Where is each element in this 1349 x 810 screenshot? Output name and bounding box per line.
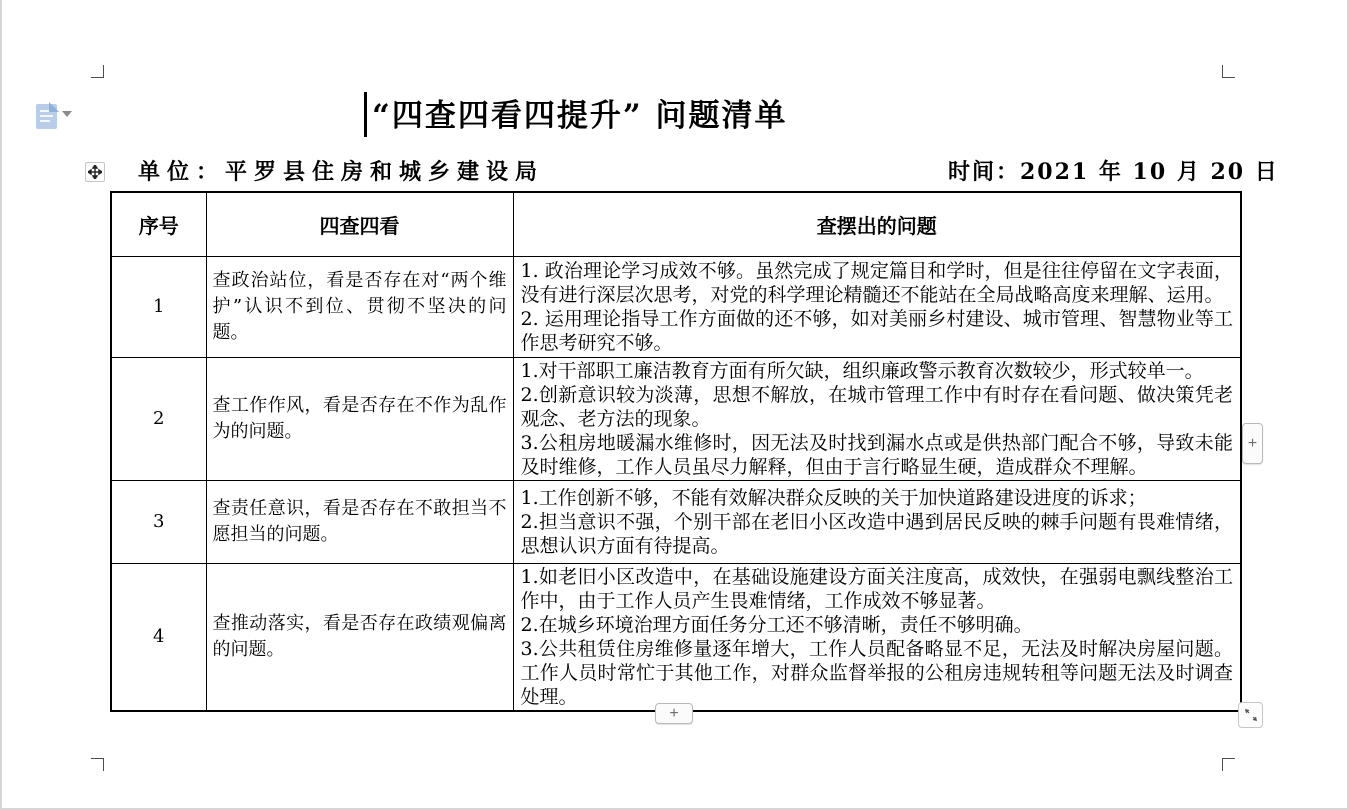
- table-row: 1 查政治站位，看是否存在对“两个维护”认识不到位、贯彻不坚决的问题。 1. 政…: [111, 256, 1241, 357]
- table-resize-handle[interactable]: [1238, 702, 1263, 728]
- row1-check[interactable]: 查政治站位，看是否存在对“两个维护”认识不到位、贯彻不坚决的问题。: [206, 256, 513, 357]
- paste-options-icon: [36, 104, 57, 129]
- paste-options-button[interactable]: [34, 102, 76, 130]
- diagonal-resize-icon: [1243, 707, 1259, 723]
- row3-no[interactable]: 3: [111, 480, 206, 563]
- canvas-left-edge: [0, 0, 2, 810]
- row4-no[interactable]: 4: [111, 563, 206, 711]
- unit-label[interactable]: 单位：平罗县住房和城乡建设局: [138, 155, 544, 186]
- margin-cropmark-bottom-right: [1222, 758, 1235, 771]
- table-header-row: 序号 四查四看 查摆出的问题: [111, 192, 1241, 256]
- chevron-down-icon: [62, 111, 72, 117]
- table-row: 2 查工作作风，看是否存在不作为乱作为的问题。 1.对干部职工廉洁教育方面有所欠…: [111, 357, 1241, 480]
- insert-column-button[interactable]: +: [1242, 423, 1263, 464]
- row1-no[interactable]: 1: [111, 256, 206, 357]
- text-cursor: [364, 92, 367, 137]
- word-editor-canvas: { "doc": { "title": "“四查四看四提升” 问题清单", "u…: [0, 0, 1349, 810]
- row1-problems[interactable]: 1. 政治理论学习成效不够。虽然完成了规定篇目和学时，但是往往停留在文字表面，没…: [513, 256, 1241, 357]
- row4-problems[interactable]: 1.如老旧小区改造中，在基础设施建设方面关注度高，成效快，在强弱电飘线整治工作中…: [513, 563, 1241, 711]
- header-no[interactable]: 序号: [111, 192, 206, 256]
- table-row: 4 查推动落实，看是否存在政绩观偏离的问题。 1.如老旧小区改造中，在基础设施建…: [111, 563, 1241, 711]
- date-label[interactable]: 时间：2021 年 10 月 20 日: [948, 155, 1279, 186]
- row2-check[interactable]: 查工作作风，看是否存在不作为乱作为的问题。: [206, 357, 513, 480]
- document-title[interactable]: “四查四看四提升” 问题清单: [372, 90, 787, 135]
- problems-table: 序号 四查四看 查摆出的问题 1 查政治站位，看是否存在对“两个维护”认识不到位…: [110, 191, 1242, 712]
- header-problems[interactable]: 查摆出的问题: [513, 192, 1241, 256]
- margin-cropmark-bottom-left: [91, 758, 104, 771]
- move-cross-icon: [88, 165, 102, 179]
- table-row: 3 查责任意识，看是否存在不敢担当不愿担当的问题。 1.工作创新不够，不能有效解…: [111, 480, 1241, 563]
- insert-row-button[interactable]: +: [655, 703, 693, 724]
- margin-cropmark-top-right: [1222, 65, 1235, 78]
- row2-problems[interactable]: 1.对干部职工廉洁教育方面有所欠缺，组织廉政警示教育次数较少，形式较单一。 2.…: [513, 357, 1241, 480]
- table-move-handle[interactable]: [85, 162, 105, 182]
- row4-check[interactable]: 查推动落实，看是否存在政绩观偏离的问题。: [206, 563, 513, 711]
- header-check[interactable]: 四查四看: [206, 192, 513, 256]
- row3-problems[interactable]: 1.工作创新不够，不能有效解决群众反映的关于加快道路建设进度的诉求； 2.担当意…: [513, 480, 1241, 563]
- row2-no[interactable]: 2: [111, 357, 206, 480]
- row3-check[interactable]: 查责任意识，看是否存在不敢担当不愿担当的问题。: [206, 480, 513, 563]
- margin-cropmark-top-left: [91, 65, 104, 78]
